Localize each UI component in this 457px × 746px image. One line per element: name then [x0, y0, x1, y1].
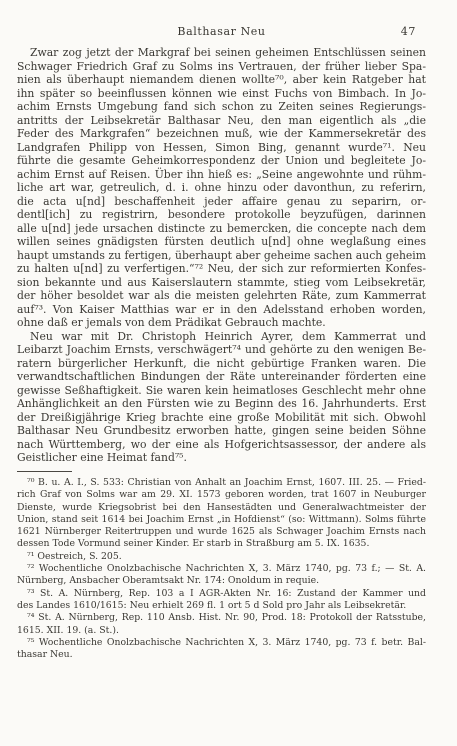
text-line: Geistlicher eine Heimat fand⁷⁵.: [17, 451, 426, 465]
text-line: zu halten u[nd] zu verfertigen.“⁷² Neu, …: [17, 262, 426, 276]
text-line: Zwar zog jetzt der Markgraf bei seinen g…: [17, 46, 426, 60]
paragraph: ⁷² Wochentliche Onolzbachische Nachricht…: [17, 563, 426, 588]
text-line: ⁷¹ Oestreich, S. 205.: [17, 551, 426, 563]
text-line: Neu war mit Dr. Christoph Heinrich Ayrer…: [17, 330, 426, 344]
text-line: führte die gesamte Geheimkorrespondenz d…: [17, 154, 426, 168]
text-line: nach Württemberg, wo der eine als Hofger…: [17, 438, 426, 452]
text-line: Balthasar Neu Grundbesitz erworben hatte…: [17, 424, 426, 438]
text-line: verwandtschaftlichen Bindungen der Räte …: [17, 370, 426, 384]
text-line: rich Graf von Solms war am 29. XI. 1573 …: [17, 489, 426, 501]
text-line: Nürnberg, Ansbacher Oberamtsakt Nr. 174:…: [17, 575, 426, 587]
text-line: ohne daß er jemals von dem Prädikat Gebr…: [17, 316, 426, 330]
text-line: liche art war, getreulich, d. i. ohne hi…: [17, 181, 426, 195]
text-line: Feder des Markgrafen“ bezeichnen muß, wi…: [17, 127, 426, 141]
text-line: alle u[nd] jede ursachen distincte zu be…: [17, 222, 426, 236]
text-line: sion bekannte und aus Kaiserslautern sta…: [17, 276, 426, 290]
text-line: ⁷² Wochentliche Onolzbachische Nachricht…: [17, 563, 426, 575]
page-number: 47: [401, 25, 416, 38]
text-line: gewisse Seßhaftigkeit. Sie waren kein he…: [17, 384, 426, 398]
text-line: ihn später so beeinflussen können wie ei…: [17, 87, 426, 101]
text-line: ratern bürgerlicher Herkunft, die nicht …: [17, 357, 426, 371]
book-page: Balthasar Neu 47 Zwar zog jetzt der Mark…: [0, 0, 457, 746]
text-line: Leibarzt Joachim Ernsts, verschwägert⁷⁴ …: [17, 343, 426, 357]
text-line: haupt umstands zu fertigen, überhaupt ab…: [17, 249, 426, 263]
text-line: 1615. XII. 19. (a. St.).: [17, 625, 426, 637]
paragraph: Neu war mit Dr. Christoph Heinrich Ayrer…: [17, 330, 426, 465]
text-line: ⁷³ St. A. Nürnberg, Rep. 103 a I AGR-Akt…: [17, 588, 426, 600]
paragraph: ⁷³ St. A. Nürnberg, Rep. 103 a I AGR-Akt…: [17, 588, 426, 613]
text-line: nien als überhaupt niemandem dienen woll…: [17, 73, 426, 87]
text-line: Union, stand seit 1614 bei Joachim Ernst…: [17, 514, 426, 526]
text-line: Schwager Friedrich Graf zu Solms ins Ver…: [17, 60, 426, 74]
text-line: der Dreißigjährige Krieg brachte eine gr…: [17, 411, 426, 425]
text-line: des Landes 1610/1615: Neu erhielt 269 fl…: [17, 600, 426, 612]
text-line: antritts der Leibsekretär Balthasar Neu,…: [17, 114, 426, 128]
footnotes-block: ⁷⁰ B. u. A. I., S. 533: Christian von An…: [17, 477, 426, 661]
header-title: Balthasar Neu: [17, 25, 426, 38]
text-line: Landgrafen Philipp von Hessen, Simon Bin…: [17, 141, 426, 155]
text-line: ⁷⁰ B. u. A. I., S. 533: Christian von An…: [17, 477, 426, 489]
text-line: achim Ernsts Umgebung fand sich schon zu…: [17, 100, 426, 114]
text-line: willen seines gnädigsten fürsten deutlic…: [17, 235, 426, 249]
paragraph: ⁷¹ Oestreich, S. 205.: [17, 551, 426, 563]
text-line: 1621 Nürnberger Reitertruppen und wurde …: [17, 526, 426, 538]
text-line: die acta u[nd] beschaffenheit jeder affa…: [17, 195, 426, 209]
paragraph: ⁷⁴ St. A. Nürnberg, Rep. 110 Ansb. Hist.…: [17, 612, 426, 637]
paragraph: ⁷⁰ B. u. A. I., S. 533: Christian von An…: [17, 477, 426, 551]
text-line: ⁷⁵ Wochentliche Onolzbachische Nachricht…: [17, 637, 426, 649]
footnote-separator-rule: [17, 471, 72, 472]
text-line: dentl[ich] zu registrirn, besondere prot…: [17, 208, 426, 222]
text-line: thasar Neu.: [17, 649, 426, 661]
text-line: ⁷⁴ St. A. Nürnberg, Rep. 110 Ansb. Hist.…: [17, 612, 426, 624]
text-line: auf⁷³. Von Kaiser Matthias war er in den…: [17, 303, 426, 317]
text-line: achim Ernst auf Reisen. Über ihn hieß es…: [17, 168, 426, 182]
running-header: Balthasar Neu 47: [17, 25, 426, 40]
paragraph: Zwar zog jetzt der Markgraf bei seinen g…: [17, 46, 426, 330]
text-line: dessen Tode Vormund seiner Kinder. Er st…: [17, 538, 426, 550]
paragraph: ⁷⁵ Wochentliche Onolzbachische Nachricht…: [17, 637, 426, 662]
text-line: Dienste, wurde Kriegsobrist bei den Hans…: [17, 502, 426, 514]
text-line: der höher besoldet war als die meisten g…: [17, 289, 426, 303]
text-line: Anhänglichkeit an den Fürsten wie zu Beg…: [17, 397, 426, 411]
body-text: Zwar zog jetzt der Markgraf bei seinen g…: [17, 46, 426, 465]
